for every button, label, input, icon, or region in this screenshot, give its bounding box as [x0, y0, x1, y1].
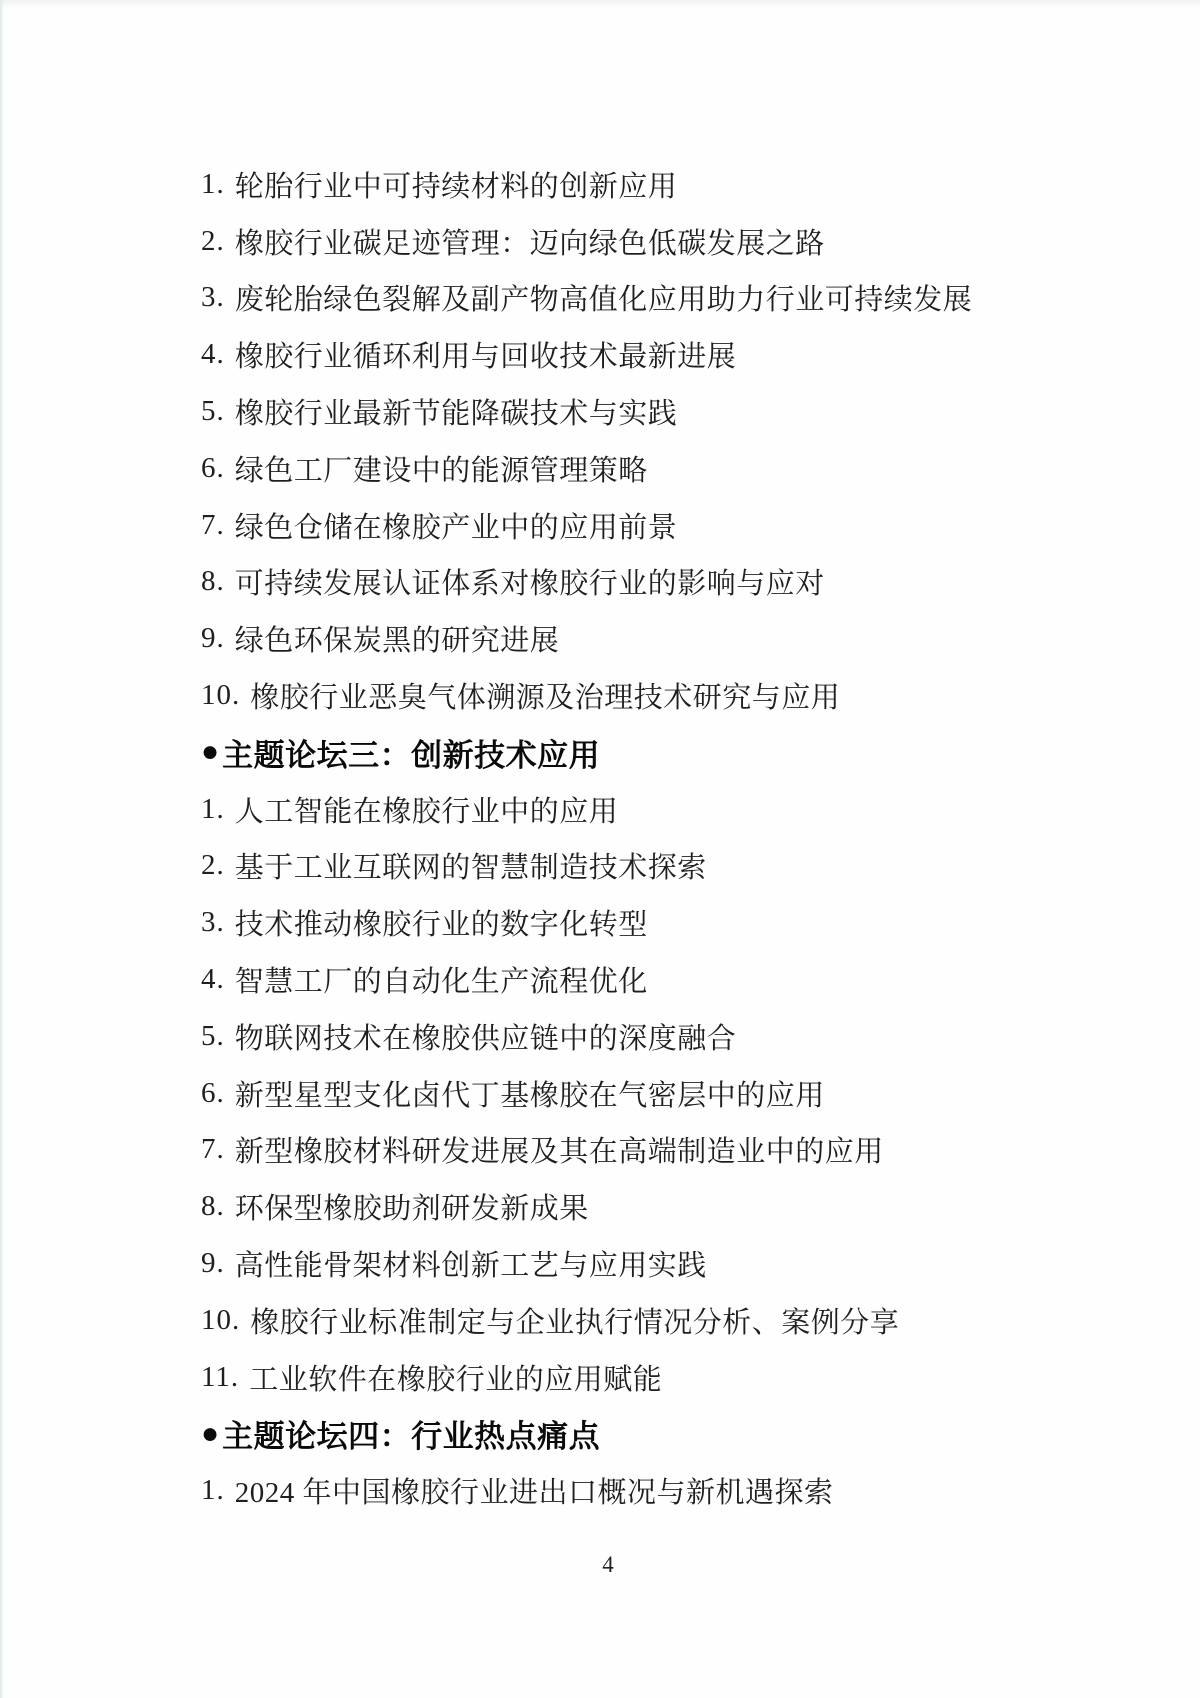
- item-text: 绿色工厂建设中的能源管理策略: [235, 448, 648, 489]
- item-text: 基于工业互联网的智慧制造技术探索: [235, 845, 707, 886]
- item-number: 6.: [201, 1077, 225, 1110]
- item-number: 8.: [201, 1190, 225, 1223]
- list-item: 4. 橡胶行业循环利用与回收技术最新进展: [0, 326, 1200, 383]
- item-number: 11.: [201, 1361, 239, 1394]
- item-text: 环保型橡胶助剂研发新成果: [235, 1186, 589, 1227]
- item-text: 可持续发展认证体系对橡胶行业的影响与应对: [235, 561, 825, 602]
- item-number: 5.: [201, 1020, 225, 1053]
- item-number: 7.: [201, 509, 225, 542]
- item-text: 新型星型支化卤代丁基橡胶在气密层中的应用: [235, 1073, 825, 1114]
- item-number: 5.: [201, 395, 225, 428]
- item-number: 9.: [201, 1247, 225, 1280]
- heading-text: 主题论坛三：创新技术应用: [222, 730, 600, 775]
- list-item: 2. 橡胶行业碳足迹管理：迈向绿色低碳发展之路: [0, 213, 1200, 270]
- bullet-icon: ●: [201, 737, 219, 767]
- item-text: 轮胎行业中可持续材料的创新应用: [235, 164, 678, 205]
- item-number: 4.: [201, 963, 225, 996]
- item-number: 7.: [201, 1133, 225, 1166]
- list-item: 1. 轮胎行业中可持续材料的创新应用: [0, 156, 1200, 213]
- item-text: 技术推动橡胶行业的数字化转型: [235, 902, 648, 943]
- list-item: 7. 绿色仓储在橡胶产业中的应用前景: [0, 497, 1200, 554]
- item-number: 1.: [201, 168, 225, 201]
- list-item: 10. 橡胶行业恶臭气体溯源及治理技术研究与应用: [0, 667, 1200, 724]
- item-text: 2024 年中国橡胶行业进出口概况与新机遇探索: [235, 1470, 834, 1511]
- list-item: 8. 可持续发展认证体系对橡胶行业的影响与应对: [0, 554, 1200, 611]
- list-item: 5. 物联网技术在橡胶供应链中的深度融合: [0, 1008, 1200, 1065]
- list-item: 7. 新型橡胶材料研发进展及其在高端制造业中的应用: [0, 1122, 1200, 1179]
- item-number: 8.: [201, 565, 225, 598]
- list-item: 6. 新型星型支化卤代丁基橡胶在气密层中的应用: [0, 1065, 1200, 1122]
- item-text: 工业软件在橡胶行业的应用赋能: [249, 1357, 662, 1398]
- item-text: 橡胶行业循环利用与回收技术最新进展: [235, 334, 737, 375]
- page-number: 4: [0, 1552, 1200, 1578]
- item-number: 4.: [201, 338, 225, 371]
- item-text: 橡胶行业碳足迹管理：迈向绿色低碳发展之路: [235, 221, 825, 262]
- document-content: 1. 轮胎行业中可持续材料的创新应用 2. 橡胶行业碳足迹管理：迈向绿色低碳发展…: [0, 156, 1200, 1519]
- item-text: 绿色仓储在橡胶产业中的应用前景: [235, 505, 678, 546]
- forum-heading-4: ● 主题论坛四：行业热点痛点: [0, 1406, 1200, 1463]
- item-text: 橡胶行业最新节能降碳技术与实践: [235, 391, 678, 432]
- item-text: 橡胶行业标准制定与企业执行情况分析、案例分享: [250, 1300, 899, 1341]
- item-number: 2.: [201, 849, 225, 882]
- item-number: 1.: [201, 793, 225, 826]
- scan-top-shadow: [0, 0, 1200, 8]
- document-page: 1. 轮胎行业中可持续材料的创新应用 2. 橡胶行业碳足迹管理：迈向绿色低碳发展…: [0, 0, 1200, 1698]
- forum-heading-3: ● 主题论坛三：创新技术应用: [0, 724, 1200, 781]
- list-item: 8. 环保型橡胶助剂研发新成果: [0, 1178, 1200, 1235]
- item-number: 2.: [201, 225, 225, 258]
- item-text: 智慧工厂的自动化生产流程优化: [235, 959, 648, 1000]
- bullet-icon: ●: [201, 1419, 219, 1449]
- item-number: 6.: [201, 452, 225, 485]
- list-item: 1. 人工智能在橡胶行业中的应用: [0, 781, 1200, 838]
- list-item: 5. 橡胶行业最新节能降碳技术与实践: [0, 383, 1200, 440]
- item-number: 10.: [201, 1304, 240, 1337]
- list-item: 4. 智慧工厂的自动化生产流程优化: [0, 951, 1200, 1008]
- item-text: 人工智能在橡胶行业中的应用: [235, 789, 619, 830]
- item-text: 废轮胎绿色裂解及副产物高值化应用助力行业可持续发展: [235, 277, 973, 318]
- list-item: 10. 橡胶行业标准制定与企业执行情况分析、案例分享: [0, 1292, 1200, 1349]
- item-number: 10.: [201, 679, 240, 712]
- item-text: 新型橡胶材料研发进展及其在高端制造业中的应用: [235, 1129, 884, 1170]
- list-item: 3. 技术推动橡胶行业的数字化转型: [0, 894, 1200, 951]
- item-text: 高性能骨架材料创新工艺与应用实践: [235, 1243, 707, 1284]
- list-item: 1. 2024 年中国橡胶行业进出口概况与新机遇探索: [0, 1462, 1200, 1519]
- list-item: 11. 工业软件在橡胶行业的应用赋能: [0, 1349, 1200, 1406]
- list-item: 3. 废轮胎绿色裂解及副产物高值化应用助力行业可持续发展: [0, 270, 1200, 327]
- item-text: 物联网技术在橡胶供应链中的深度融合: [235, 1016, 737, 1057]
- item-number: 1.: [201, 1474, 225, 1507]
- list-item: 2. 基于工业互联网的智慧制造技术探索: [0, 838, 1200, 895]
- list-item: 6. 绿色工厂建设中的能源管理策略: [0, 440, 1200, 497]
- item-text: 橡胶行业恶臭气体溯源及治理技术研究与应用: [250, 675, 840, 716]
- item-text: 绿色环保炭黑的研究进展: [235, 618, 560, 659]
- list-item: 9. 绿色环保炭黑的研究进展: [0, 610, 1200, 667]
- heading-text: 主题论坛四：行业热点痛点: [222, 1411, 600, 1456]
- item-number: 3.: [201, 906, 225, 939]
- list-item: 9. 高性能骨架材料创新工艺与应用实践: [0, 1235, 1200, 1292]
- item-number: 9.: [201, 622, 225, 655]
- item-number: 3.: [201, 281, 225, 314]
